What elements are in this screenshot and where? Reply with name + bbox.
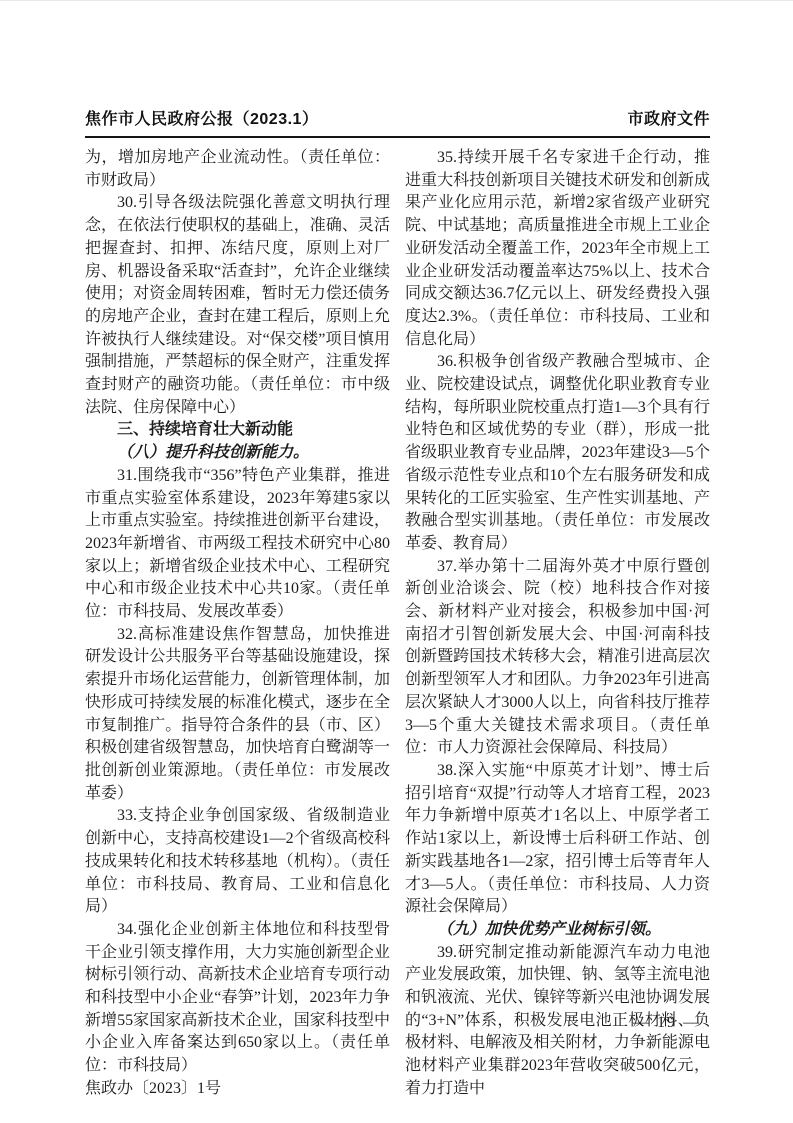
- subsection-heading-9: （九）加快优势产业树标引领。: [405, 919, 710, 942]
- content-columns: 为，增加房地产企业流动性。（责任单位：市财政局） 30.引导各级法院强化善意文明…: [85, 147, 710, 1101]
- subsection-heading-8: （八）提升科技创新能力。: [85, 442, 390, 465]
- header-publication-title: 焦作市人民政府公报（2023.1）: [85, 106, 318, 129]
- page-header: 焦作市人民政府公报（2023.1） 市政府文件: [85, 106, 710, 129]
- page-number: — 19 —: [633, 1014, 701, 1032]
- paragraph-item-32: 32.高标准建设焦作智慧岛，加快推进研发设计公共服务平台等基础设施建设，探索提升…: [85, 624, 390, 806]
- paragraph-item-30: 30.引导各级法院强化善意文明执行理念，在依法行使职权的基础上，准确、灵活把握查…: [85, 192, 390, 419]
- section-heading-3: 三、持续培育壮大新动能: [85, 419, 390, 442]
- header-rule: [85, 136, 710, 138]
- paragraph-item-31: 31.围绕我市“356”特色产业集群，推进市重点实验室体系建设，2023年筹建5…: [85, 465, 390, 624]
- right-column: 35.持续开展千名专家进千企行动，推进重大科技创新项目关键技术研发和创新成果产业…: [405, 147, 710, 1101]
- left-column: 为，增加房地产企业流动性。（责任单位：市财政局） 30.引导各级法院强化善意文明…: [85, 147, 390, 1101]
- paragraph-item-35: 35.持续开展千名专家进千企行动，推进重大科技创新项目关键技术研发和创新成果产业…: [405, 147, 710, 351]
- document-reference-number: 焦政办〔2023〕1号: [85, 1078, 390, 1101]
- paragraph-item-33: 33.支持企业争创国家级、省级制造业创新中心，支持高校建设1—2个省级高校科技成…: [85, 805, 390, 919]
- paragraph-continuation: 为，增加房地产企业流动性。（责任单位：市财政局）: [85, 147, 390, 192]
- paragraph-item-34: 34.强化企业创新主体地位和科技型骨干企业引领支撑作用，大力实施创新型企业树标引…: [85, 919, 390, 1078]
- document-page: 焦作市人民政府公报（2023.1） 市政府文件 为，增加房地产企业流动性。（责任…: [0, 0, 793, 1123]
- paragraph-item-36: 36.积极争创省级产教融合型城市、企业、院校建设试点，调整优化职业教育专业结构，…: [405, 351, 710, 555]
- paragraph-item-38: 38.深入实施“中原英才计划”、博士后招引培育“双提”行动等人才培育工程，202…: [405, 760, 710, 919]
- paragraph-item-37: 37.举办第十二届海外英才中原行暨创新创业洽谈会、院（校）地科技合作对接会、新材…: [405, 556, 710, 760]
- header-section-label: 市政府文件: [627, 106, 710, 129]
